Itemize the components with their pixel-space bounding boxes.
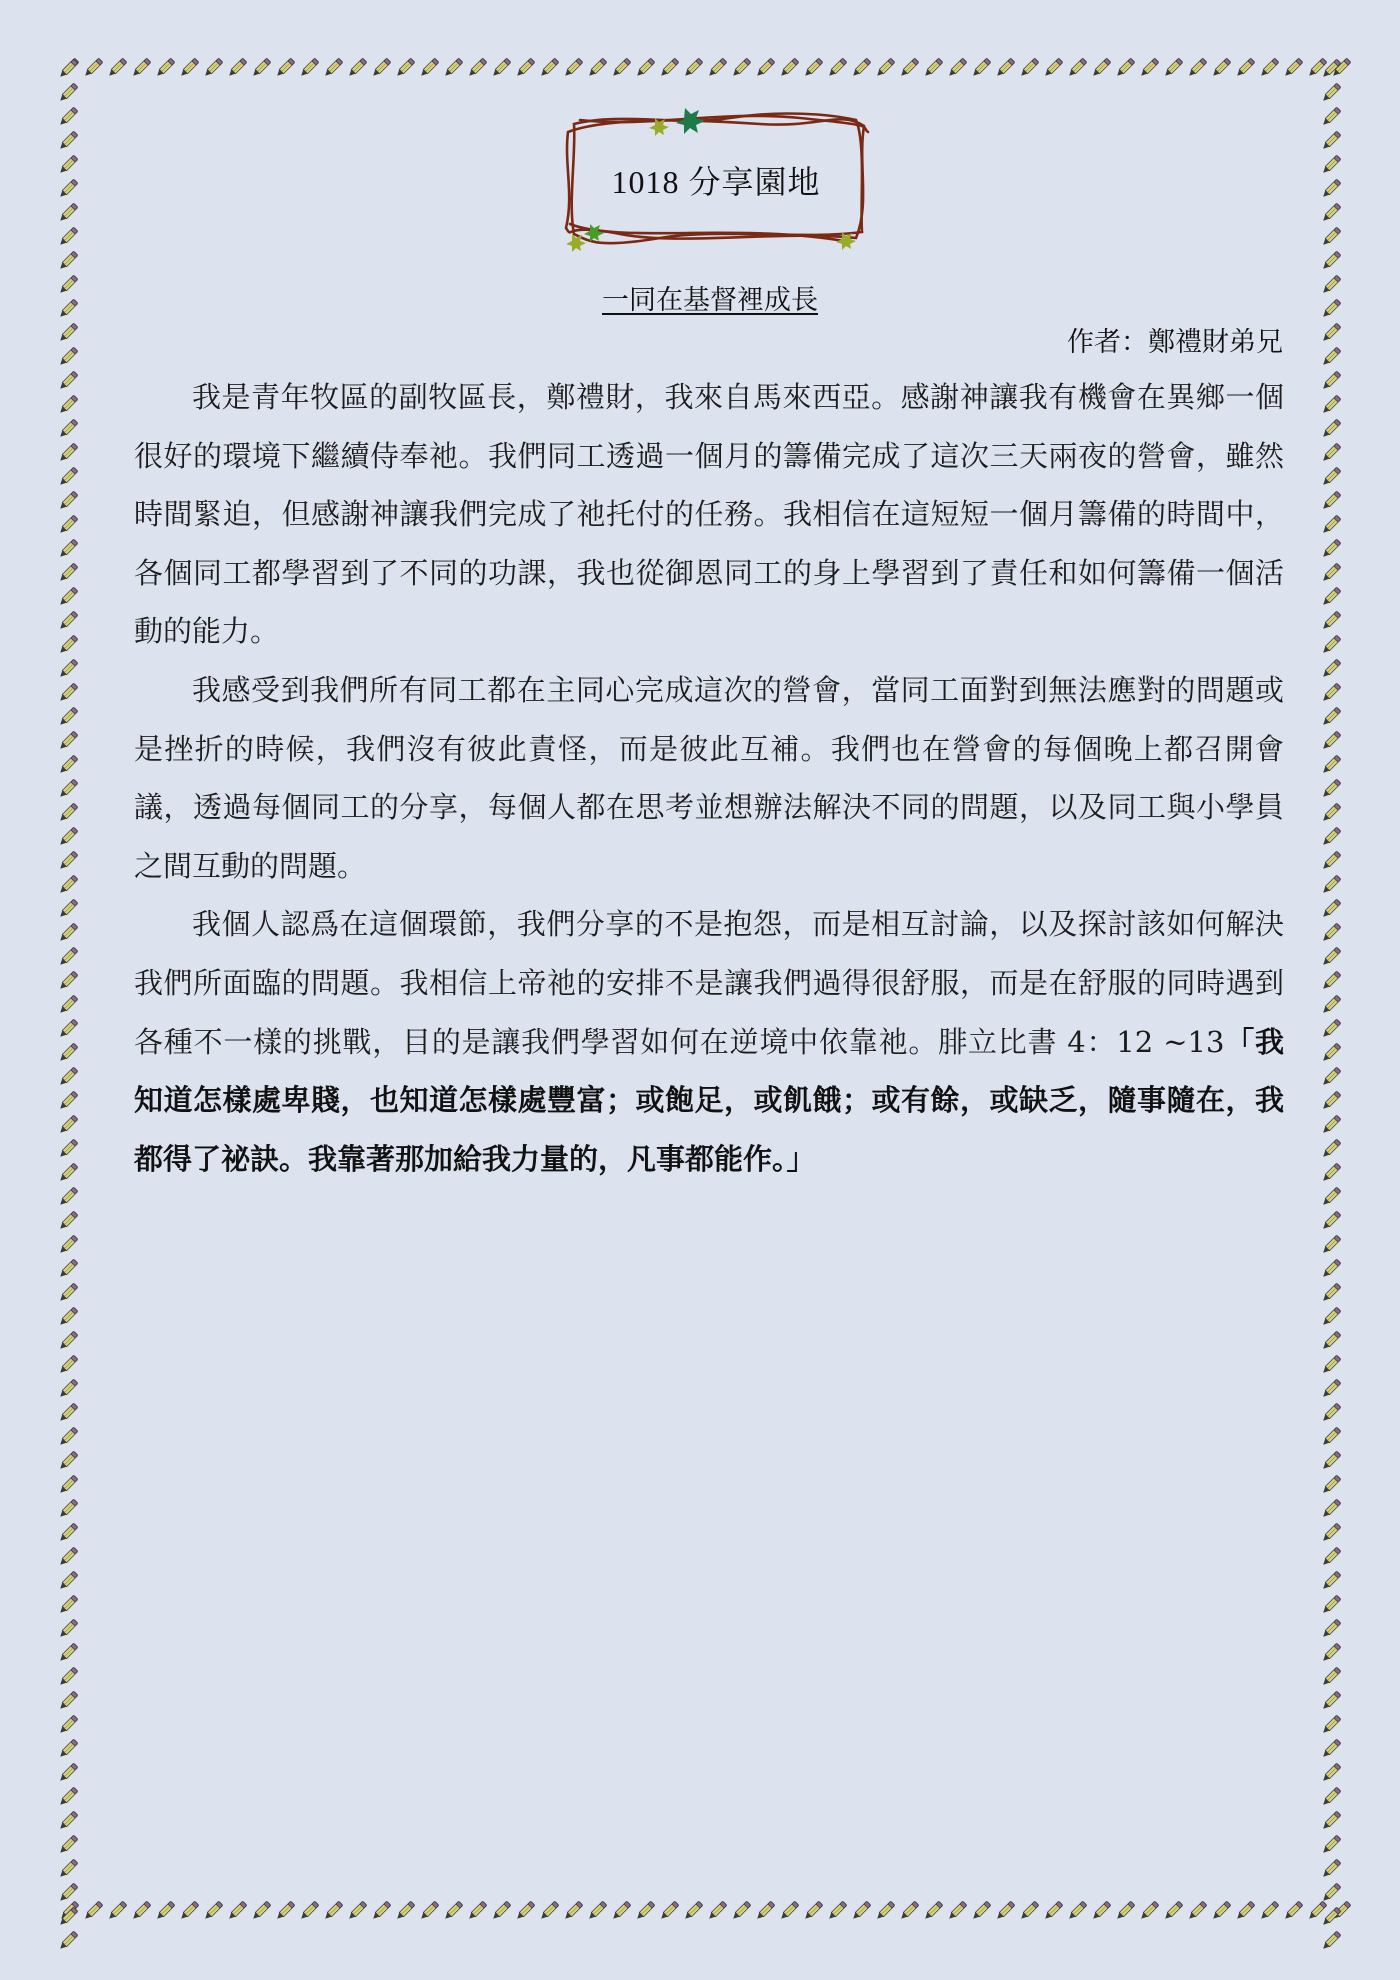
pencil-icon [969, 1899, 993, 1923]
pencil-icon [1185, 1899, 1209, 1923]
pencil-icon [369, 56, 393, 80]
pencil-icon [1319, 1881, 1343, 1905]
pencil-icon [1065, 56, 1089, 80]
pencil-icon [777, 56, 801, 80]
pencil-icon [849, 56, 873, 80]
pencil-icon [489, 1899, 513, 1923]
pencil-icon [1319, 1161, 1343, 1185]
pencil-icon [1089, 1899, 1113, 1923]
pencil-icon [56, 177, 80, 201]
pencil-icon [537, 56, 561, 80]
pencil-icon [1319, 1353, 1343, 1377]
pencil-icon [729, 1899, 753, 1923]
pencil-icon [177, 56, 201, 80]
pencil-icon [1319, 1617, 1343, 1641]
pencil-icon [1065, 1899, 1089, 1923]
pencil-icon [129, 1899, 153, 1923]
pencil-icon [56, 1161, 80, 1185]
pencil-icon [1319, 1401, 1343, 1425]
pencil-icon [1319, 57, 1343, 81]
pencil-icon [56, 1209, 80, 1233]
pencil-icon [1319, 129, 1343, 153]
pencil-icon [1319, 1137, 1343, 1161]
pencil-icon [945, 1899, 969, 1923]
pencil-icon [705, 56, 729, 80]
pencil-icon [1319, 681, 1343, 705]
pencil-icon [1319, 1449, 1343, 1473]
pencil-icon [1319, 1185, 1343, 1209]
pencil-icon [1041, 1899, 1065, 1923]
pencil-icon [1319, 513, 1343, 537]
pencil-icon [1319, 1569, 1343, 1593]
pencil-icon [1319, 1209, 1343, 1233]
pencil-icon [56, 1233, 80, 1257]
pencil-icon [56, 681, 80, 705]
pencil-icon [1319, 1305, 1343, 1329]
pencil-icon [56, 1353, 80, 1377]
pencil-icon [56, 1041, 80, 1065]
pencil-icon [705, 1899, 729, 1923]
pencil-icon [1137, 56, 1161, 80]
pencil-icon [1319, 585, 1343, 609]
pencil-icon [1319, 225, 1343, 249]
pencil-icon [56, 153, 80, 177]
pencil-icon [1319, 81, 1343, 105]
pencil-icon [56, 1089, 80, 1113]
pencil-icon [921, 56, 945, 80]
pencil-border-right [1319, 57, 1343, 1925]
pencil-icon [297, 56, 321, 80]
pencil-icon [1319, 1761, 1343, 1785]
pencil-icon [417, 1899, 441, 1923]
pencil-icon [153, 1899, 177, 1923]
pencil-icon [1319, 369, 1343, 393]
pencil-icon [777, 1899, 801, 1923]
pencil-icon [56, 657, 80, 681]
paragraph-3: 我個人認爲在這個環節，我們分享的不是抱怨，而是相互討論，以及探討該如何解決我們所… [134, 895, 1284, 1188]
pencil-icon [56, 1185, 80, 1209]
pencil-icon [1319, 201, 1343, 225]
pencil-icon [56, 1137, 80, 1161]
pencil-icon [1209, 56, 1233, 80]
pencil-icon [1257, 1899, 1281, 1923]
pencil-icon [56, 1905, 80, 1929]
pencil-icon [56, 1641, 80, 1665]
pencil-icon [465, 1899, 489, 1923]
pencil-icon [1113, 1899, 1137, 1923]
scripture-reference: 腓立比書 4：12 ~13 [938, 1025, 1224, 1059]
pencil-icon [225, 1899, 249, 1923]
pencil-icon [1209, 1899, 1233, 1923]
pencil-icon [249, 1899, 273, 1923]
pencil-icon [1319, 1929, 1343, 1953]
pencil-icon [56, 129, 80, 153]
pencil-icon [1319, 561, 1343, 585]
pencil-icon [1319, 1041, 1343, 1065]
pencil-icon [56, 1065, 80, 1089]
pencil-icon [873, 56, 897, 80]
pencil-icon [56, 1929, 80, 1953]
pencil-icon [56, 441, 80, 465]
pencil-icon [56, 897, 80, 921]
pencil-icon [609, 1899, 633, 1923]
pencil-icon [657, 56, 681, 80]
pencil-icon [561, 1899, 585, 1923]
pencil-icon [1319, 1329, 1343, 1353]
pencil-icon [1233, 56, 1257, 80]
pencil-icon [1319, 1641, 1343, 1665]
pencil-icon [681, 56, 705, 80]
pencil-icon [393, 1899, 417, 1923]
pencil-icon [945, 56, 969, 80]
pencil-icon [56, 1257, 80, 1281]
pencil-icon [753, 56, 777, 80]
pencil-icon [56, 1425, 80, 1449]
pencil-icon [1319, 1545, 1343, 1569]
pencil-icon [105, 56, 129, 80]
pencil-icon [1041, 56, 1065, 80]
pencil-icon [1319, 1737, 1343, 1761]
pencil-icon [177, 1899, 201, 1923]
pencil-icon [1319, 1857, 1343, 1881]
pencil-icon [81, 56, 105, 80]
pencil-icon [1319, 1521, 1343, 1545]
pencil-icon [1185, 56, 1209, 80]
pencil-icon [993, 1899, 1017, 1923]
pencil-icon [1319, 849, 1343, 873]
pencil-icon [56, 777, 80, 801]
pencil-icon [273, 1899, 297, 1923]
pencil-icon [1319, 177, 1343, 201]
pencil-icon [56, 969, 80, 993]
pencil-icon [273, 56, 297, 80]
pencil-icon [441, 1899, 465, 1923]
pencil-icon [56, 1401, 80, 1425]
pencil-icon [56, 105, 80, 129]
pencil-icon [56, 513, 80, 537]
pencil-icon [56, 1497, 80, 1521]
pencil-icon [56, 1545, 80, 1569]
pencil-icon [1319, 393, 1343, 417]
pencil-icon [1319, 657, 1343, 681]
pencil-icon [1161, 1899, 1185, 1923]
pencil-icon [1319, 945, 1343, 969]
pencil-icon [1017, 56, 1041, 80]
pencil-icon [1319, 1689, 1343, 1713]
pencil-icon [56, 393, 80, 417]
pencil-icon [1281, 1899, 1305, 1923]
pencil-icon [81, 1899, 105, 1923]
pencil-icon [1319, 1473, 1343, 1497]
page-title: 1018 分享園地 [560, 104, 872, 252]
pencil-icon [1319, 1833, 1343, 1857]
pencil-icon [1319, 1785, 1343, 1809]
pencil-icon [537, 1899, 561, 1923]
pencil-icon [1319, 321, 1343, 345]
pencil-icon [56, 585, 80, 609]
pencil-icon [969, 56, 993, 80]
pencil-icon [801, 1899, 825, 1923]
pencil-icon [633, 56, 657, 80]
pencil-icon [585, 1899, 609, 1923]
pencil-icon [56, 1521, 80, 1545]
pencil-icon [56, 465, 80, 489]
pencil-icon [993, 56, 1017, 80]
pencil-icon [561, 56, 585, 80]
pencil-icon [1319, 777, 1343, 801]
pencil-icon [1319, 153, 1343, 177]
pencil-icon [393, 56, 417, 80]
pencil-icon [609, 56, 633, 80]
article-subtitle: 一同在基督裡成長 [0, 278, 1400, 317]
pencil-icon [1319, 249, 1343, 273]
author-line: 作者：鄭禮財弟兄 [1067, 320, 1283, 359]
paragraph-1: 我是青年牧區的副牧區長，鄭禮財，我來自馬來西亞。感謝神讓我有機會在異鄉一個很好的… [134, 368, 1284, 661]
pencil-border-left [56, 57, 80, 1925]
pencil-icon [297, 1899, 321, 1923]
pencil-icon [56, 1329, 80, 1353]
pencil-icon [56, 825, 80, 849]
pencil-icon [56, 753, 80, 777]
pencil-icon [321, 56, 345, 80]
pencil-icon [1319, 633, 1343, 657]
pencil-icon [1319, 1809, 1343, 1833]
pencil-icon [321, 1899, 345, 1923]
pencil-icon [56, 1617, 80, 1641]
pencil-icon [1233, 1899, 1257, 1923]
pencil-icon [513, 1899, 537, 1923]
pencil-icon [56, 801, 80, 825]
pencil-icon [56, 321, 80, 345]
pencil-icon [1319, 105, 1343, 129]
pencil-icon [105, 1899, 129, 1923]
pencil-icon [1319, 489, 1343, 513]
pencil-icon [921, 1899, 945, 1923]
pencil-icon [56, 873, 80, 897]
pencil-icon [56, 1593, 80, 1617]
pencil-icon [56, 1857, 80, 1881]
pencil-icon [56, 1377, 80, 1401]
title-frame: 1018 分享園地 [560, 104, 872, 252]
pencil-icon [56, 417, 80, 441]
pencil-icon [56, 1569, 80, 1593]
pencil-icon [1319, 873, 1343, 897]
pencil-icon [1319, 825, 1343, 849]
pencil-icon [56, 489, 80, 513]
pencil-icon [249, 56, 273, 80]
pencil-icon [417, 56, 441, 80]
pencil-icon [1319, 1665, 1343, 1689]
pencil-icon [1319, 1281, 1343, 1305]
paragraph-2: 我感受到我們所有同工都在主同心完成這次的營會，當同工面對到無法應對的問題或是挫折… [134, 661, 1284, 895]
pencil-icon [1319, 1713, 1343, 1737]
pencil-icon [56, 1737, 80, 1761]
pencil-icon [1161, 56, 1185, 80]
pencil-icon [1089, 56, 1113, 80]
pencil-icon [1137, 1899, 1161, 1923]
pencil-icon [1319, 417, 1343, 441]
pencil-icon [1319, 993, 1343, 1017]
pencil-icon [1319, 609, 1343, 633]
pencil-icon [1281, 56, 1305, 80]
pencil-icon [1319, 1497, 1343, 1521]
pencil-icon [441, 56, 465, 80]
pencil-icon [56, 633, 80, 657]
pencil-icon [825, 1899, 849, 1923]
pencil-icon [753, 1899, 777, 1923]
pencil-icon [56, 849, 80, 873]
pencil-icon [201, 1899, 225, 1923]
pencil-icon [129, 56, 153, 80]
pencil-icon [1319, 921, 1343, 945]
pencil-icon [56, 729, 80, 753]
pencil-icon [56, 201, 80, 225]
pencil-icon [56, 249, 80, 273]
pencil-icon [56, 561, 80, 585]
pencil-icon [1319, 345, 1343, 369]
pencil-icon [1319, 729, 1343, 753]
pencil-icon [465, 56, 489, 80]
pencil-icon [56, 1017, 80, 1041]
pencil-icon [56, 1785, 80, 1809]
pencil-icon [1319, 441, 1343, 465]
pencil-icon [1319, 1593, 1343, 1617]
pencil-icon [56, 345, 80, 369]
pencil-icon [1319, 705, 1343, 729]
pencil-icon [56, 225, 80, 249]
pencil-icon [56, 369, 80, 393]
pencil-icon [801, 56, 825, 80]
pencil-icon [897, 1899, 921, 1923]
pencil-icon [513, 56, 537, 80]
pencil-icon [897, 56, 921, 80]
pencil-icon [873, 1899, 897, 1923]
pencil-icon [1113, 56, 1137, 80]
pencil-icon [849, 1899, 873, 1923]
pencil-icon [345, 1899, 369, 1923]
pencil-icon [56, 1761, 80, 1785]
pencil-icon [489, 56, 513, 80]
pencil-icon [1017, 1899, 1041, 1923]
pencil-icon [1319, 753, 1343, 777]
pencil-icon [56, 705, 80, 729]
pencil-icon [1319, 1377, 1343, 1401]
pencil-icon [56, 993, 80, 1017]
pencil-icon [657, 1899, 681, 1923]
pencil-icon [56, 1281, 80, 1305]
pencil-icon [1319, 1065, 1343, 1089]
pencil-border-top [57, 56, 1347, 80]
pencil-icon [56, 57, 80, 81]
pencil-icon [56, 1809, 80, 1833]
pencil-icon [1319, 465, 1343, 489]
pencil-icon [1319, 537, 1343, 561]
pencil-icon [1319, 1017, 1343, 1041]
pencil-icon [369, 1899, 393, 1923]
article-body: 我是青年牧區的副牧區長，鄭禮財，我來自馬來西亞。感謝神讓我有機會在異鄉一個很好的… [134, 368, 1284, 1188]
pencil-icon [56, 1665, 80, 1689]
pencil-icon [56, 1449, 80, 1473]
pencil-border-bottom [57, 1899, 1347, 1923]
pencil-icon [56, 1305, 80, 1329]
pencil-icon [1319, 897, 1343, 921]
pencil-icon [345, 56, 369, 80]
pencil-icon [56, 1833, 80, 1857]
pencil-icon [56, 81, 80, 105]
pencil-icon [225, 56, 249, 80]
pencil-icon [825, 56, 849, 80]
pencil-icon [1257, 56, 1281, 80]
pencil-icon [1319, 1425, 1343, 1449]
pencil-icon [56, 1881, 80, 1905]
pencil-icon [1319, 1257, 1343, 1281]
pencil-icon [56, 609, 80, 633]
pencil-icon [1319, 801, 1343, 825]
pencil-icon [56, 921, 80, 945]
pencil-icon [56, 1113, 80, 1137]
pencil-icon [56, 945, 80, 969]
pencil-icon [56, 1713, 80, 1737]
pencil-icon [153, 56, 177, 80]
pencil-icon [585, 56, 609, 80]
pencil-icon [56, 537, 80, 561]
pencil-icon [1319, 969, 1343, 993]
pencil-icon [1319, 1089, 1343, 1113]
pencil-icon [729, 56, 753, 80]
pencil-icon [633, 1899, 657, 1923]
pencil-icon [201, 56, 225, 80]
pencil-icon [56, 1689, 80, 1713]
pencil-icon [1319, 1905, 1343, 1929]
pencil-icon [56, 1473, 80, 1497]
pencil-icon [1319, 1113, 1343, 1137]
pencil-icon [681, 1899, 705, 1923]
pencil-icon [1319, 1233, 1343, 1257]
